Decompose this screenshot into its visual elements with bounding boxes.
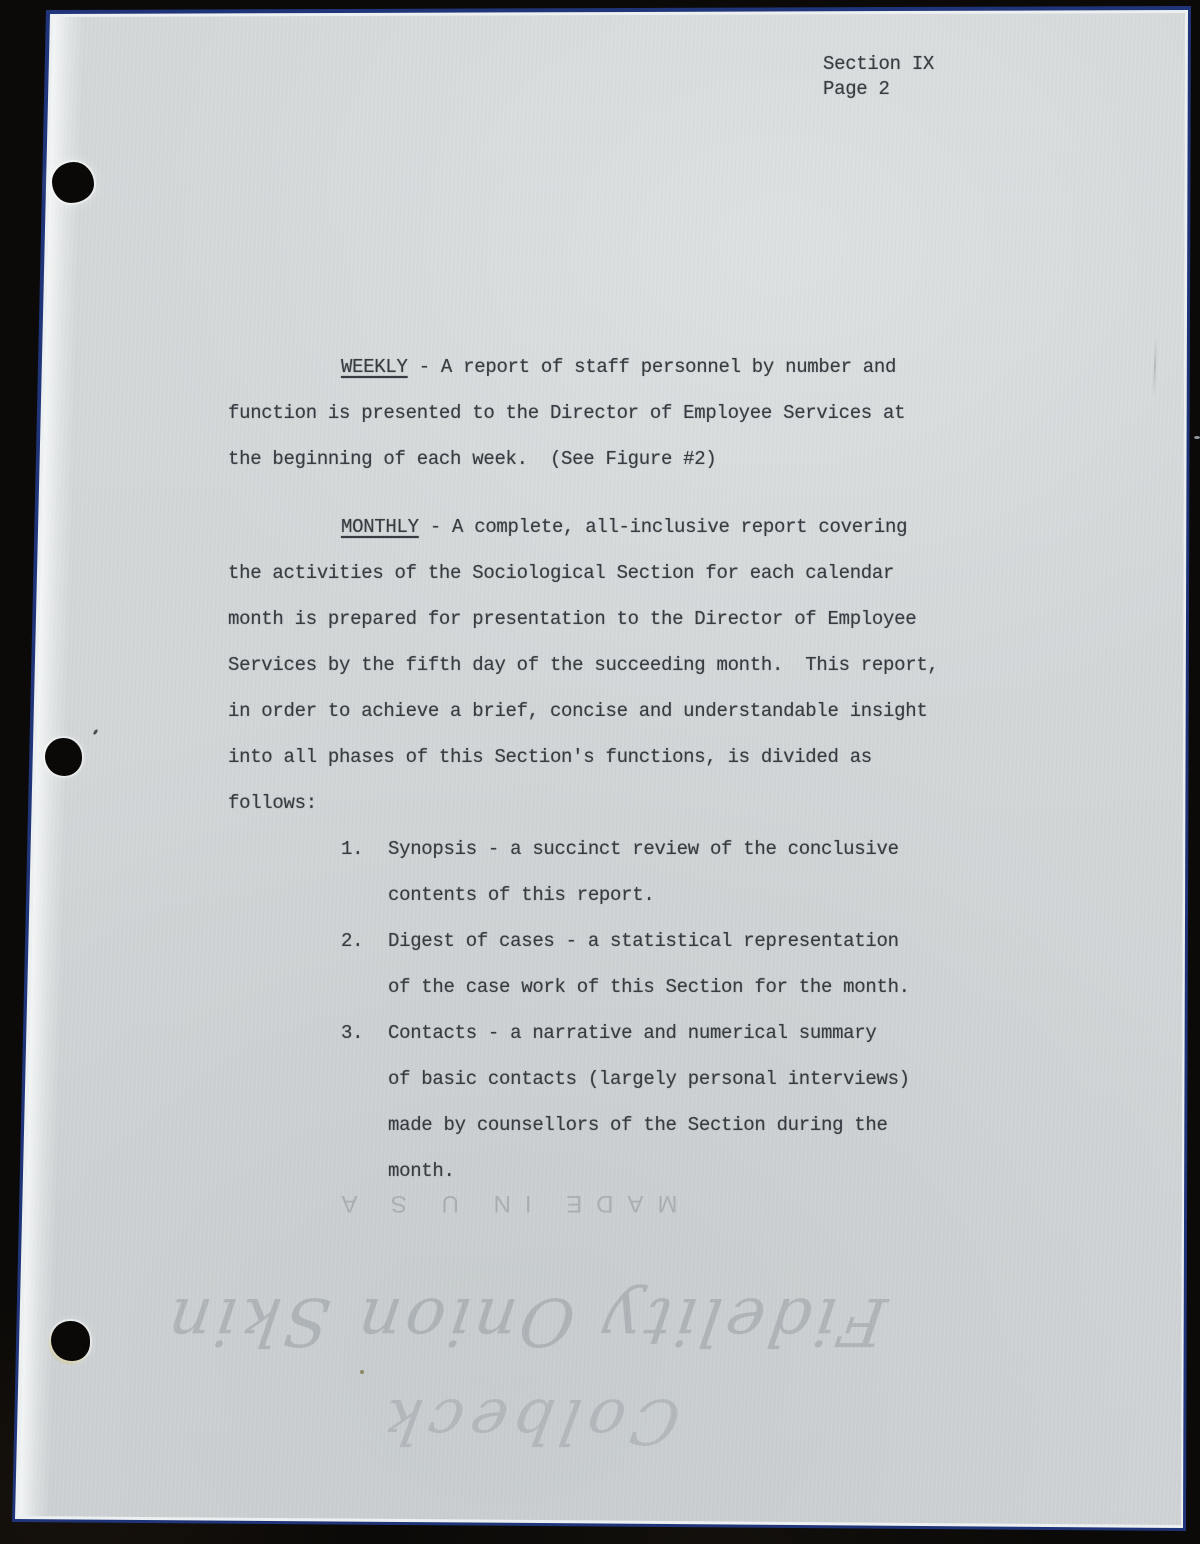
paragraph-weekly-line-1: WEEKLY - A report of staff personnel by … (228, 344, 1018, 390)
document-page: Section IX Page 2 WEEKLY - A report of s… (0, 0, 1200, 1544)
paragraph-weekly-line-3: the beginning of each week. (See Figure … (228, 436, 1018, 482)
list-item-1-text: Synopsis - a succinct review of the conc… (388, 838, 899, 860)
list-item-1-line-2: contents of this report. (228, 872, 1018, 918)
list-item-1-number: 1. (341, 826, 388, 872)
header-page-label: Page 2 (823, 77, 934, 102)
paragraph-monthly-line-4: Services by the fifth day of the succeed… (228, 642, 1018, 688)
document-body: WEEKLY - A report of staff personnel by … (228, 344, 1018, 1194)
watermark-made-in-usa: MADE IN U S A (300, 1183, 705, 1217)
list-item-1-line-1: 1.Synopsis - a succinct review of the co… (228, 826, 1018, 872)
paragraph-monthly-line-7: follows: (228, 780, 1018, 826)
watermark-colbeck: Colbeck (350, 1362, 711, 1458)
list-item-3-line-3: made by counsellors of the Section durin… (228, 1102, 1018, 1148)
paragraph-monthly-line-3: month is prepared for presentation to th… (228, 596, 1018, 642)
paper-speck (360, 1370, 364, 1374)
weekly-heading: WEEKLY (341, 356, 408, 378)
monthly-heading: MONTHLY (341, 516, 419, 538)
punch-hole-bottom (51, 1321, 90, 1361)
scan-dust-speck (1194, 436, 1200, 439)
list-item-2-number: 2. (341, 918, 388, 964)
monthly-lead-text: - A complete, all-inclusive report cover… (419, 516, 907, 538)
weekly-lead-text: - A report of staff personnel by number … (408, 356, 896, 378)
paragraph-weekly-line-2: function is presented to the Director of… (228, 390, 1018, 436)
paper-crease (1153, 336, 1157, 398)
paragraph-monthly-line-2: the activities of the Sociological Secti… (228, 550, 1018, 596)
punch-hole-top (52, 162, 94, 203)
list-item-3-number: 3. (341, 1010, 388, 1056)
list-item-3-line-2: of basic contacts (largely personal inte… (228, 1056, 1018, 1102)
page-header: Section IX Page 2 (823, 52, 934, 102)
paragraph-monthly-line-6: into all phases of this Section's functi… (228, 734, 1018, 780)
punch-hole-middle (45, 738, 82, 776)
list-item-2-text: Digest of cases - a statistical represen… (388, 930, 899, 952)
list-item-3-text: Contacts - a narrative and numerical sum… (388, 1022, 876, 1044)
header-section-label: Section IX (823, 52, 934, 77)
list-item-2-line-1: 2.Digest of cases - a statistical repres… (228, 918, 1018, 964)
list-item-2-line-2: of the case work of this Section for the… (228, 964, 1018, 1010)
watermark-fidelity-onion-skin: Fidelity Onion Skin (140, 1242, 917, 1360)
paper-speck (93, 729, 99, 736)
paragraph-monthly-line-5: in order to achieve a brief, concise and… (228, 688, 1018, 734)
scan-surface: Section IX Page 2 WEEKLY - A report of s… (0, 0, 1200, 1544)
list-item-3-line-1: 3.Contacts - a narrative and numerical s… (228, 1010, 1018, 1056)
paragraph-monthly-line-1: MONTHLY - A complete, all-inclusive repo… (228, 504, 1018, 550)
